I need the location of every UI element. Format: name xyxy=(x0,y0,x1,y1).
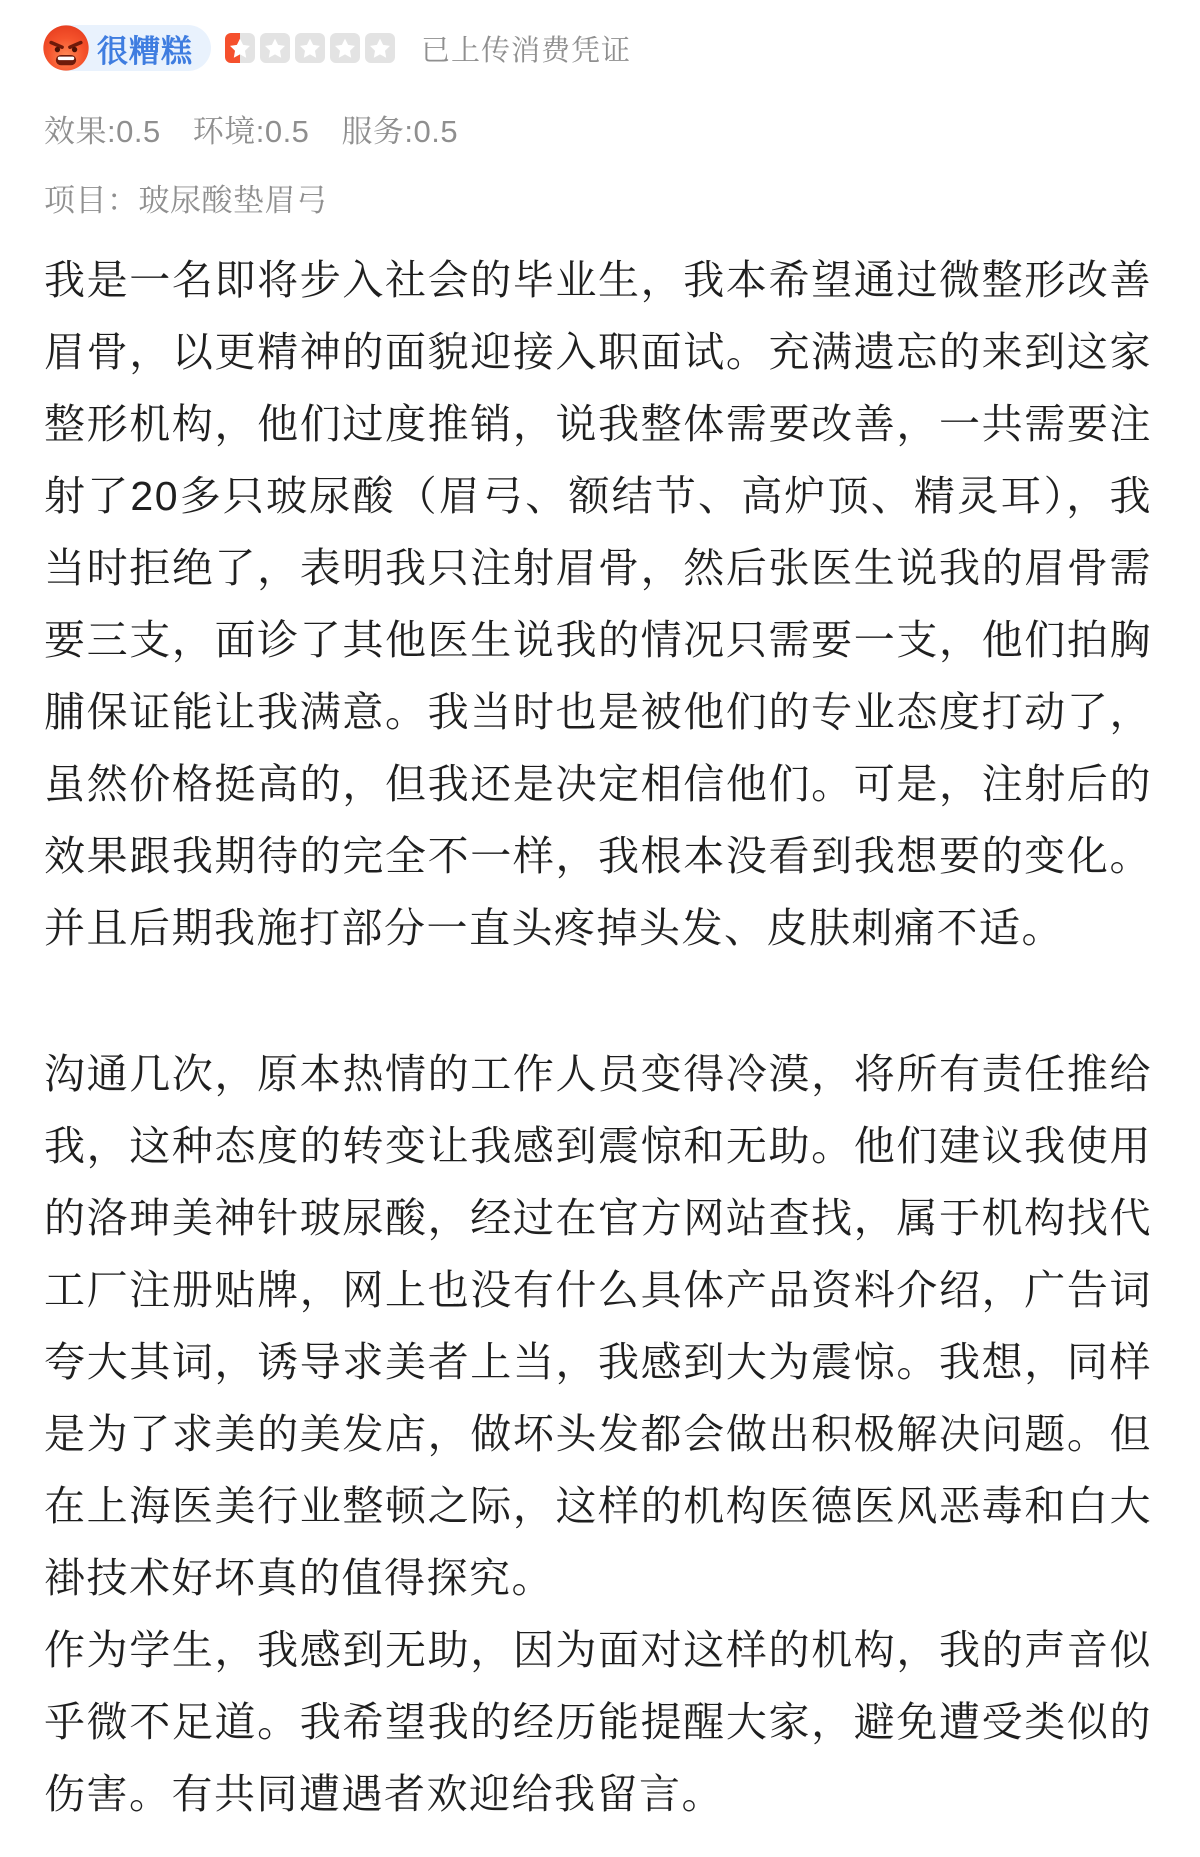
star-5-icon xyxy=(365,33,395,63)
project-line: 项目：玻尿酸垫眉弓 xyxy=(44,175,1156,220)
verdict-label: 很糟糕 xyxy=(97,26,193,71)
subrating-environment: 环境:0.5 xyxy=(193,106,310,151)
review-paragraph-3: 作为学生，我感到无助，因为面对这样的机构，我的声音似乎微不足道。我希望我的经历能… xyxy=(44,1614,1152,1830)
verdict-badge: 很糟糕 xyxy=(44,25,211,71)
review-paragraph-2: 沟通几次，原本热情的工作人员变得冷漠，将所有责任推给我，这种态度的转变让我感到震… xyxy=(44,1038,1152,1614)
angry-face-emoji xyxy=(41,23,91,73)
voucher-status-text: 已上传消费凭证 xyxy=(421,28,631,69)
review-body: 我是一名即将步入社会的毕业生，我本希望通过微整形改善眉骨，以更精神的面貌迎接入职… xyxy=(44,244,1152,1830)
subrating-row: 效果:0.5 环境:0.5 服务:0.5 xyxy=(44,106,1156,151)
star-1-icon xyxy=(225,33,255,63)
star-4-icon xyxy=(330,33,360,63)
subrating-effect: 效果:0.5 xyxy=(44,106,161,151)
review-page: 很糟糕 已上传消费凭证 效果:0.5 环境:0.5 服务:0.5 项目：玻尿酸垫… xyxy=(0,0,1200,1857)
star-rating xyxy=(225,33,395,63)
project-value: 玻尿酸垫眉弓 xyxy=(139,183,328,218)
star-2-icon xyxy=(260,33,290,63)
project-label: 项目： xyxy=(44,183,139,218)
star-3-icon xyxy=(295,33,325,63)
review-header: 很糟糕 已上传消费凭证 xyxy=(44,22,1156,74)
review-paragraph-1: 我是一名即将步入社会的毕业生，我本希望通过微整形改善眉骨，以更精神的面貌迎接入职… xyxy=(44,244,1152,964)
subrating-service: 服务:0.5 xyxy=(341,106,458,151)
